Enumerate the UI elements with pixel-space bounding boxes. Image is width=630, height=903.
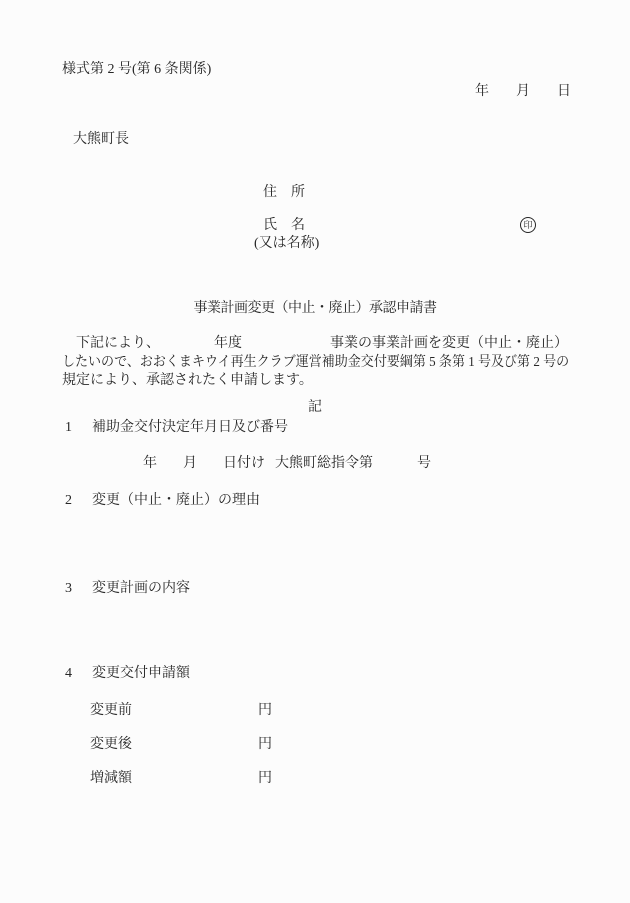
date-year-label: 年 [475, 85, 489, 99]
item4-number: 4 [65, 667, 72, 681]
amount-row-label: 変更前 [90, 704, 132, 718]
addressee: 大熊町長 [73, 133, 129, 147]
date-month-label: 月 [516, 85, 530, 99]
form-number: 様式第 2 号(第 6 条関係) [62, 63, 211, 77]
amount-row-unit: 円 [258, 772, 272, 786]
applicant-name-label: 氏 名 [263, 219, 305, 233]
decision-month-label: 月 [183, 457, 197, 471]
decision-day-label: 日付け [223, 457, 265, 471]
record-heading: 記 [0, 401, 630, 415]
applicant-name-note: (又は名称) [254, 237, 319, 251]
body-line3: 規定により、承認されたく申請します。 [62, 374, 313, 388]
fiscal-year-label: 年度 [214, 337, 242, 351]
body-line1-tail: 事業の事業計画を変更（中止・廃止） [330, 337, 568, 351]
amount-row-unit: 円 [258, 738, 272, 752]
body-line1-lead: 下記により、 [62, 337, 160, 351]
directive-prefix-label: 大熊町総指令第 [275, 457, 373, 471]
amount-row-label: 増減額 [90, 772, 132, 786]
amount-row-unit: 円 [258, 704, 272, 718]
item4-label: 変更交付申請額 [92, 667, 190, 681]
issue-date-line: 年 月 日 [475, 85, 571, 99]
item3-number: 3 [65, 582, 72, 596]
document-title: 事業計画変更（中止・廃止）承認申請書 [0, 302, 630, 316]
date-day-label: 日 [557, 85, 571, 99]
item1-label: 補助金交付決定年月日及び番号 [92, 421, 288, 435]
amount-row-label: 変更後 [90, 738, 132, 752]
decision-year-label: 年 [143, 457, 157, 471]
item2-number: 2 [65, 494, 72, 508]
application-form-page: 様式第 2 号(第 6 条関係) 年 月 日 大熊町長 住 所 氏 名 印 (又… [0, 0, 630, 903]
applicant-address-label: 住 所 [263, 186, 305, 200]
body-line2: したいので、おおくまキウイ再生クラブ運営補助金交付要綱第 5 条第 1 号及び第… [62, 356, 569, 370]
item1-number: 1 [65, 421, 72, 435]
directive-number-suffix: 号 [417, 457, 431, 471]
seal-icon: 印 [520, 217, 536, 233]
item3-label: 変更計画の内容 [92, 582, 190, 596]
item2-label: 変更（中止・廃止）の理由 [92, 494, 260, 508]
